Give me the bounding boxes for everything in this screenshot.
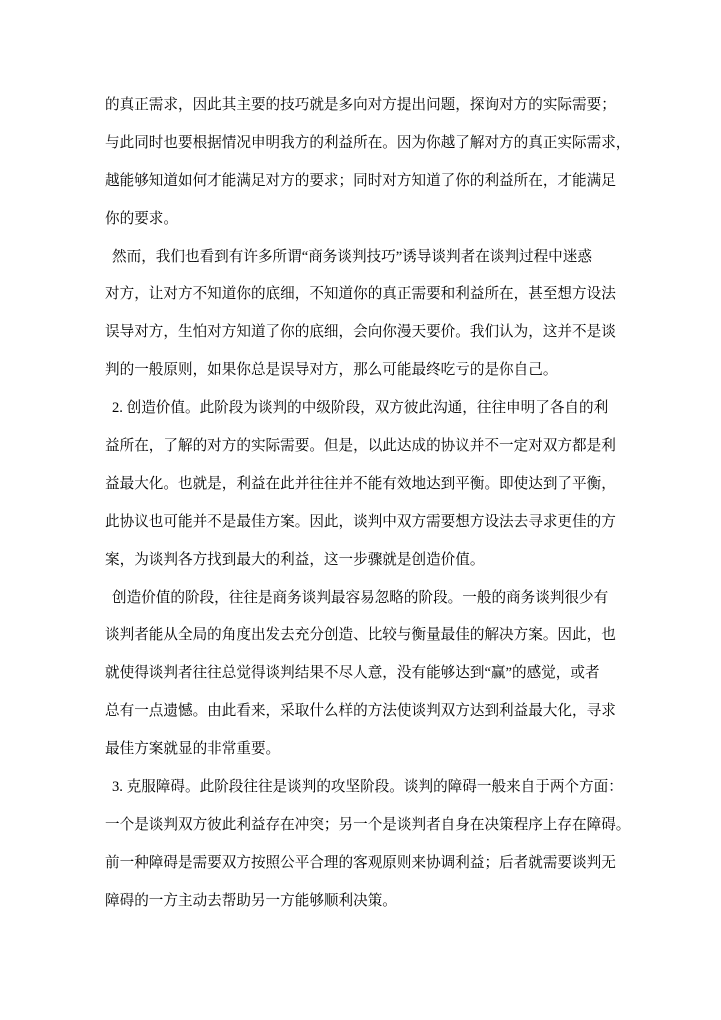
text-line: 益最大化。也就是，利益在此并往往并不能有效地达到平衡。即使达到了平衡， bbox=[105, 466, 633, 504]
text-line: 对方，让对方不知道你的底细，不知道你的真正需要和利益所在，甚至想方设法 bbox=[105, 276, 633, 314]
text-line: 障碍的一方主动去帮助另一方能够顺利决策。 bbox=[105, 883, 633, 921]
text-line: 判的一般原则，如果你总是误导对方，那么可能最终吃亏的是你自己。 bbox=[105, 352, 633, 390]
paragraph-5: 3. 克服障碍。此阶段往往是谈判的攻坚阶段。谈判的障碍一般来自于两个方面： 一个… bbox=[105, 769, 633, 921]
text-line: 3. 克服障碍。此阶段往往是谈判的攻坚阶段。谈判的障碍一般来自于两个方面： bbox=[105, 769, 633, 807]
text-line: 谈判者能从全局的角度出发去充分创造、比较与衡量最佳的解决方案。因此，也 bbox=[105, 617, 633, 655]
paragraph-3: 2. 创造价值。此阶段为谈判的中级阶段，双方彼此沟通，往往申明了各自的利 益所在… bbox=[105, 390, 633, 579]
text-line: 的真正需求，因此其主要的技巧就是多向对方提出问题，探询对方的实际需要； bbox=[105, 87, 633, 125]
text-line: 最佳方案就显的非常重要。 bbox=[105, 731, 633, 769]
text-line: 益所在，了解的对方的实际需要。但是，以此达成的协议并不一定对双方都是利 bbox=[105, 428, 633, 466]
text-line: 误导对方，生怕对方知道了你的底细，会向你漫天要价。我们认为，这并不是谈 bbox=[105, 314, 633, 352]
text-line: 案，为谈判各方找到最大的利益，这一步骤就是创造价值。 bbox=[105, 542, 633, 580]
text-line: 就使得谈判者往往总觉得谈判结果不尽人意，没有能够达到“赢”的感觉，或者 bbox=[105, 655, 633, 693]
text-line: 与此同时也要根据情况申明我方的利益所在。因为你越了解对方的真正实际需求， bbox=[105, 125, 633, 163]
paragraph-4: 创造价值的阶段，往往是商务谈判最容易忽略的阶段。一般的商务谈判很少有 谈判者能从… bbox=[105, 580, 633, 769]
document-page: 的真正需求，因此其主要的技巧就是多向对方提出问题，探询对方的实际需要； 与此同时… bbox=[0, 0, 721, 1020]
text-line: 一个是谈判双方彼此利益存在冲突；另一个是谈判者自身在决策程序上存在障碍。 bbox=[105, 807, 633, 845]
text-line: 2. 创造价值。此阶段为谈判的中级阶段，双方彼此沟通，往往申明了各自的利 bbox=[105, 390, 633, 428]
text-block: 的真正需求，因此其主要的技巧就是多向对方提出问题，探询对方的实际需要； 与此同时… bbox=[105, 87, 633, 921]
text-line: 你的要求。 bbox=[105, 201, 633, 239]
paragraph-2: 然而，我们也看到有许多所谓“商务谈判技巧”诱导谈判者在谈判过程中迷惑 对方，让对… bbox=[105, 239, 633, 391]
text-line: 创造价值的阶段，往往是商务谈判最容易忽略的阶段。一般的商务谈判很少有 bbox=[105, 580, 633, 618]
text-line: 越能够知道如何才能满足对方的要求；同时对方知道了你的利益所在，才能满足 bbox=[105, 163, 633, 201]
text-line: 前一种障碍是需要双方按照公平合理的客观原则来协调利益；后者就需要谈判无 bbox=[105, 845, 633, 883]
text-line: 总有一点遗憾。由此看来，采取什么样的方法使谈判双方达到利益最大化，寻求 bbox=[105, 693, 633, 731]
text-line: 此协议也可能并不是最佳方案。因此，谈判中双方需要想方设法去寻求更佳的方 bbox=[105, 504, 633, 542]
text-line: 然而，我们也看到有许多所谓“商务谈判技巧”诱导谈判者在谈判过程中迷惑 bbox=[105, 239, 633, 277]
paragraph-1: 的真正需求，因此其主要的技巧就是多向对方提出问题，探询对方的实际需要； 与此同时… bbox=[105, 87, 633, 239]
